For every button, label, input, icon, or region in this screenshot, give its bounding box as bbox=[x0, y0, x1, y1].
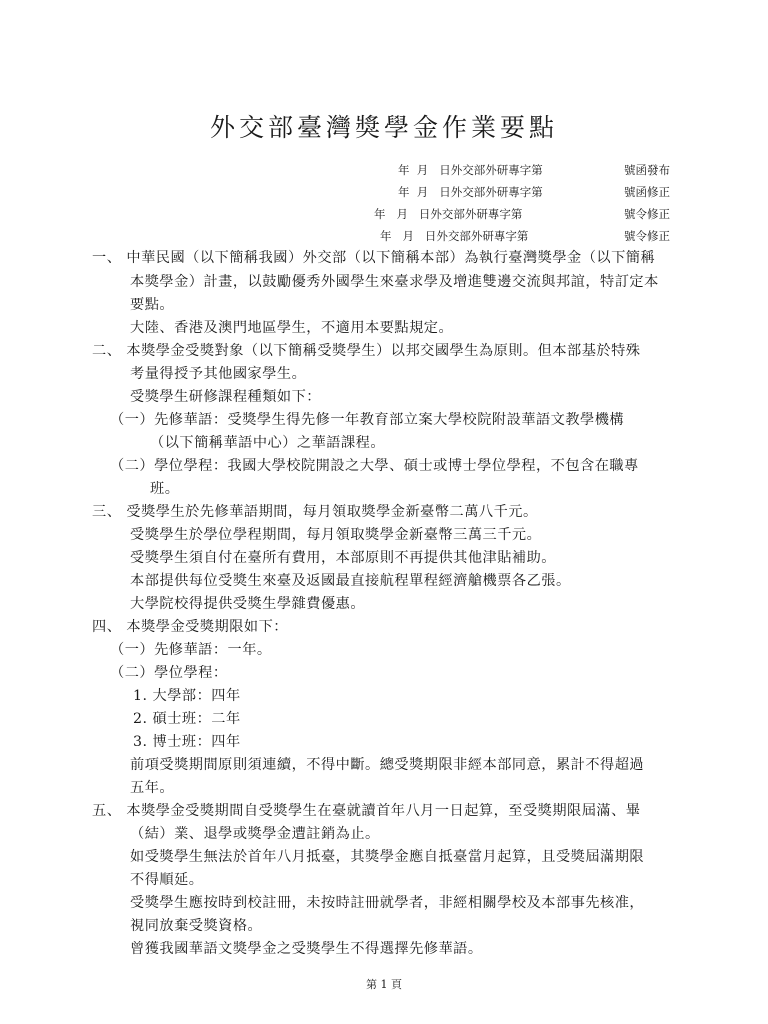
text-line: 班。 bbox=[150, 478, 179, 498]
text-line: 受獎學生研修課程種類如下： bbox=[130, 386, 321, 406]
text-line: 受獎學生於學位學程期間，每月領取獎學金新臺幣三萬三千元。 bbox=[130, 524, 541, 544]
page-number: 第 1 頁 bbox=[0, 976, 768, 992]
revision-suffix: 號函修正 bbox=[624, 184, 670, 200]
text-line: 大學院校得提供受獎生學雜費優惠。 bbox=[130, 593, 365, 613]
revision-suffix: 號令修正 bbox=[624, 228, 670, 244]
text-line: 不得順延。 bbox=[130, 869, 203, 889]
article-1-heading: 一、 中華民國（以下簡稱我國）外交部（以下簡稱本部）為執行臺灣獎學金（以下簡稱 bbox=[92, 247, 655, 267]
revision-suffix: 號函發布 bbox=[624, 162, 670, 178]
text-line: 如受獎學生無法於首年八月抵臺，其獎學金應自抵臺當月起算，且受獎屆滿期限 bbox=[130, 846, 644, 866]
text-line: （結）業、退學或獎學金遭註銷為止。 bbox=[130, 823, 380, 843]
article-4-heading: 四、 本獎學金受獎期限如下： bbox=[92, 616, 288, 636]
text-line: 前項受獎期間原則須連續，不得中斷。總受獎期限非經本部同意，累計不得超過 bbox=[130, 754, 644, 774]
text-line: 受獎學生須自付在臺所有費用，本部原則不再提供其他津貼補助。 bbox=[130, 547, 556, 567]
sub-item: （一）先修華語：受獎學生得先修一年教育部立案大學校院附設華語文教學機構 bbox=[110, 409, 624, 429]
sub-item: （一）先修華語：一年。 bbox=[110, 639, 272, 659]
article-3-heading: 三、 受獎學生於先修華語期間，每月領取獎學金新臺幣二萬八千元。 bbox=[92, 501, 538, 521]
text-line: 考量得授予其他國家學生。 bbox=[130, 363, 306, 383]
revision-line: 年 月 日外交部外研專字第 bbox=[380, 228, 528, 244]
document-title: 外交部臺灣獎學金作業要點 bbox=[0, 108, 768, 144]
sub-item: （二）學位學程：我國大學校院開設之大學、碩士或博士學位學程，不包含在職專 bbox=[110, 455, 639, 475]
text-line: 本獎學金）計畫，以鼓勵優秀外國學生來臺求學及增進雙邊交流與邦誼，特訂定本 bbox=[130, 271, 659, 291]
text-line: 大陸、香港及澳門地區學生，不適用本要點規定。 bbox=[130, 317, 453, 337]
numbered-item: 2. 碩士班：二年 bbox=[133, 708, 241, 728]
numbered-item: 3. 博士班：四年 bbox=[133, 731, 241, 751]
sub-item: （二）學位學程： bbox=[110, 662, 228, 682]
article-2-heading: 二、 本獎學金受獎對象（以下簡稱受獎學生）以邦交國學生為原則。但本部基於特殊 bbox=[92, 340, 640, 360]
text-line: 曾獲我國華語文獎學金之受獎學生不得選擇先修華語。 bbox=[130, 938, 483, 958]
text-line: （以下簡稱華語中心）之華語課程。 bbox=[150, 432, 385, 452]
text-line: 五年。 bbox=[130, 777, 174, 797]
revision-line: 年 月 日外交部外研專字第 bbox=[398, 184, 543, 200]
article-5-heading: 五、 本獎學金受獎期間自受獎學生在臺就讀首年八月一日起算，至受獎期限屆滿、畢 bbox=[92, 800, 640, 820]
text-line: 受獎學生應按時到校註冊，未按時註冊就學者，非經相關學校及本部事先核准， bbox=[130, 892, 644, 912]
text-line: 要點。 bbox=[130, 294, 174, 314]
revision-suffix: 號令修正 bbox=[624, 206, 670, 222]
revision-line: 年 月 日外交部外研專字第 bbox=[398, 162, 543, 178]
numbered-item: 1. 大學部：四年 bbox=[133, 685, 241, 705]
text-line: 本部提供每位受獎生來臺及返國最直接航程單程經濟艙機票各乙張。 bbox=[130, 570, 571, 590]
text-line: 視同放棄受獎資格。 bbox=[130, 915, 262, 935]
revision-line: 年 月 日外交部外研專字第 bbox=[374, 206, 522, 222]
